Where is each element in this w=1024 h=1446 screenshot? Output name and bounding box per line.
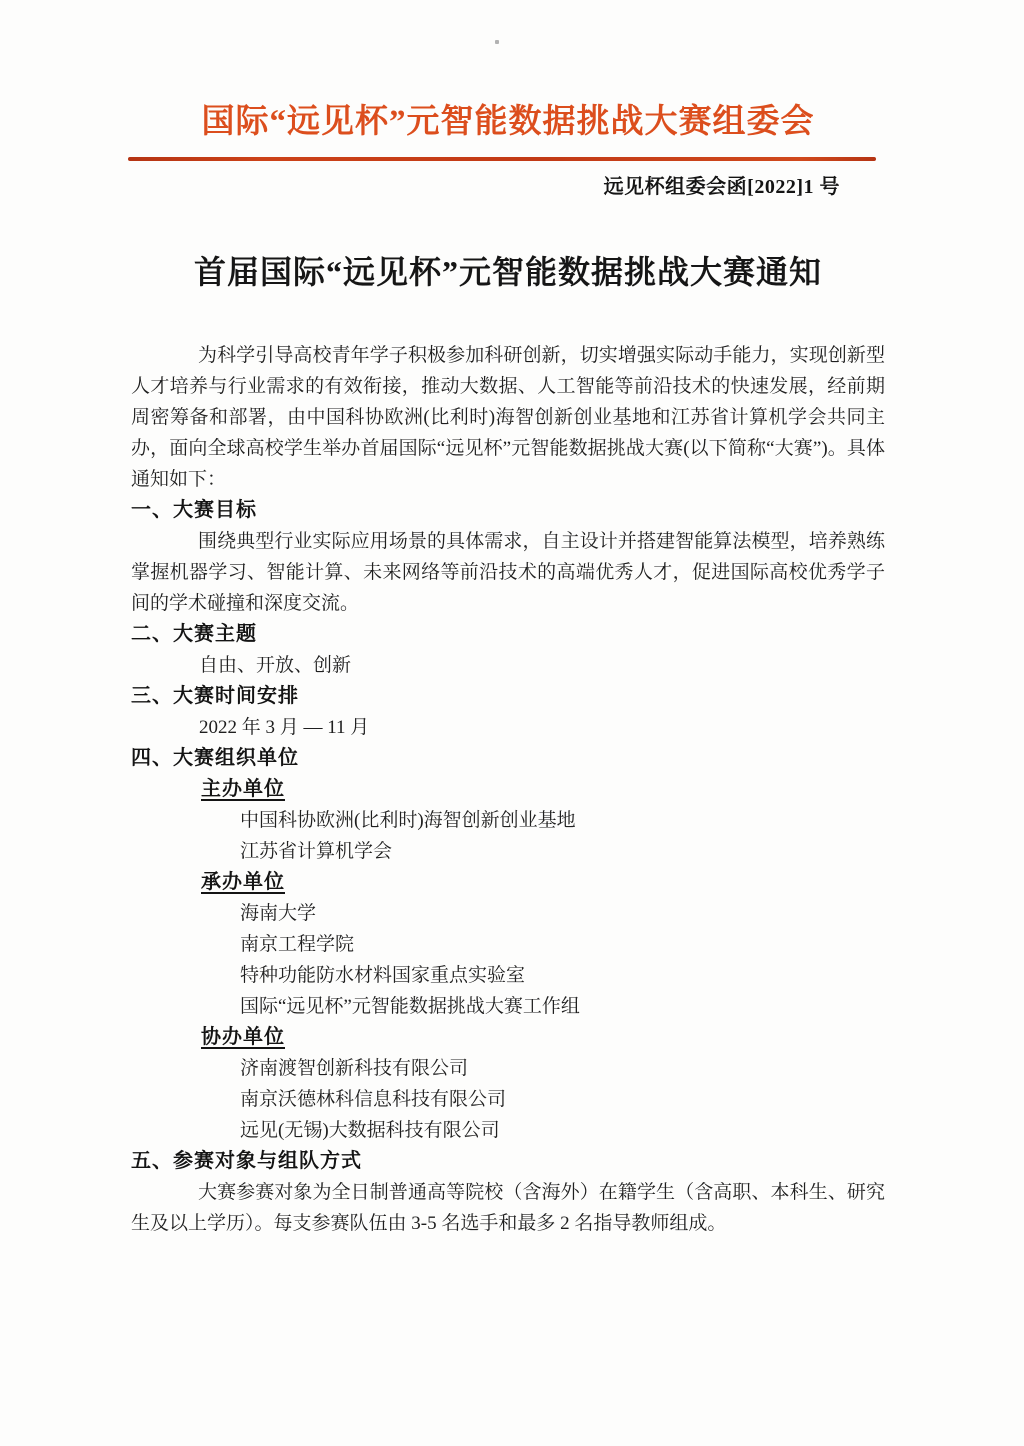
- subsection-label-co-organizer-text: 协办单位: [201, 1026, 285, 1048]
- section-schedule-body: 2022 年 3 月 — 11 月: [131, 712, 885, 743]
- section-eligibility-body: 大赛参赛对象为全日制普通高等院校（含海外）在籍学生（含高职、本科生、研究生及以上…: [131, 1177, 885, 1239]
- subsection-label-co-organizer: 协办单位: [131, 1022, 885, 1053]
- subsection-label-host-text: 主办单位: [201, 778, 285, 800]
- section-organizers-heading: 四、大赛组织单位: [131, 743, 885, 774]
- org-item: 南京工程学院: [131, 929, 885, 960]
- document-number: 远见杯组委会函[2022]1 号: [131, 175, 885, 199]
- section-goals-heading: 一、大赛目标: [131, 495, 885, 526]
- intro-paragraph: 为科学引导高校青年学子积极参加科研创新，切实增强实际动手能力，实现创新型人才培养…: [131, 340, 885, 495]
- document-title: 首届国际“远见杯”元智能数据挑战大赛通知: [131, 250, 885, 294]
- letterhead-rule: [128, 157, 876, 161]
- org-item: 中国科协欧洲(比利时)海智创新创业基地: [131, 805, 885, 836]
- subsection-label-undertaker: 承办单位: [131, 867, 885, 898]
- org-item: 济南渡智创新科技有限公司: [131, 1053, 885, 1084]
- org-item: 海南大学: [131, 898, 885, 929]
- subsection-label-host: 主办单位: [131, 774, 885, 805]
- section-theme-body: 自由、开放、创新: [131, 650, 885, 681]
- section-theme-heading: 二、大赛主题: [131, 619, 885, 650]
- org-item: 江苏省计算机学会: [131, 836, 885, 867]
- document-page: 国际“远见杯”元智能数据挑战大赛组委会 远见杯组委会函[2022]1 号 首届国…: [0, 0, 1024, 1446]
- org-item: 国际“远见杯”元智能数据挑战大赛工作组: [131, 991, 885, 1022]
- section-schedule-heading: 三、大赛时间安排: [131, 681, 885, 712]
- section-eligibility-heading: 五、参赛对象与组队方式: [131, 1146, 885, 1177]
- subsection-label-undertaker-text: 承办单位: [201, 871, 285, 893]
- section-goals-body: 围绕典型行业实际应用场景的具体需求，自主设计并搭建智能算法模型，培养熟练掌握机器…: [131, 526, 885, 619]
- org-item: 特种功能防水材料国家重点实验室: [131, 960, 885, 991]
- org-item: 远见(无锡)大数据科技有限公司: [131, 1115, 885, 1146]
- org-item: 南京沃德林科信息科技有限公司: [131, 1084, 885, 1115]
- scan-artifact-dot: [495, 40, 499, 44]
- letterhead-title: 国际“远见杯”元智能数据挑战大赛组委会: [131, 101, 885, 143]
